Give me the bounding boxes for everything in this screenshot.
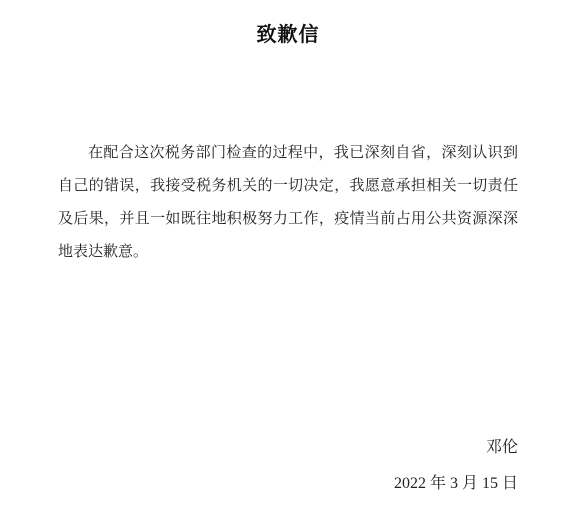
- apology-letter-page: 致歉信 在配合这次税务部门检查的过程中，我已深刻自省，深刻认识到自己的错误，我接…: [0, 0, 586, 511]
- signature-name: 邓伦: [58, 437, 518, 459]
- letter-title: 致歉信: [58, 23, 518, 47]
- signature-date: 2022 年 3 月 15 日: [58, 473, 518, 495]
- letter-body-paragraph: 在配合这次税务部门检查的过程中，我已深刻自省，深刻认识到自己的错误，我接受税务机…: [58, 137, 518, 269]
